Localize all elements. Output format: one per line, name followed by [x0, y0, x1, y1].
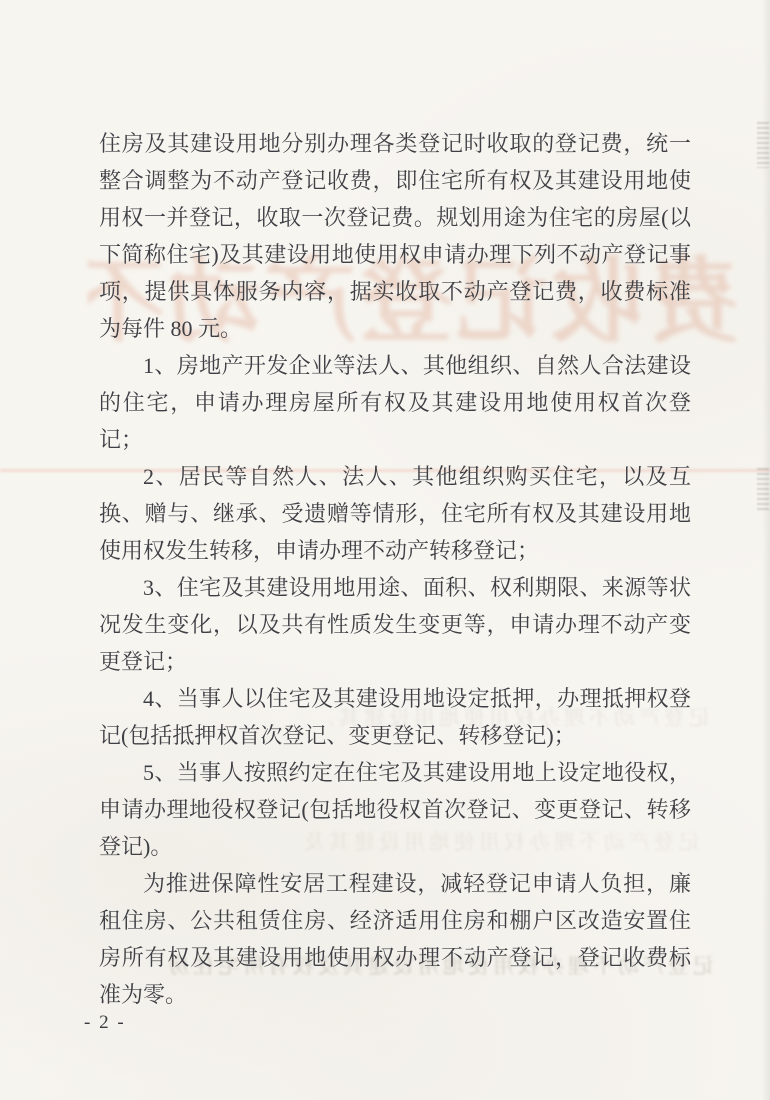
body-paragraph: 4、当事人以住宅及其建设用地设定抵押，办理抵押权登记(包括抵押权首次登记、变更登…: [99, 680, 691, 754]
edge-smudge-top: [757, 122, 769, 168]
body-paragraph: 3、住宅及其建设用地用途、面积、权利期限、来源等状况发生变化，以及共有性质发生变…: [99, 569, 691, 680]
body-paragraph: 住房及其建设用地分别办理各类登记时收取的登记费，统一整合调整为不动产登记收费，即…: [99, 125, 691, 347]
body-paragraph: 1、房地产开发企业等法人、其他组织、自然人合法建设的住宅，申请办理房屋所有权及其…: [99, 347, 691, 458]
document-body: 住房及其建设用地分别办理各类登记时收取的登记费，统一整合调整为不动产登记收费，即…: [99, 125, 691, 1013]
page-number: - 2 -: [84, 1012, 126, 1034]
edge-smudge-middle: [757, 468, 769, 510]
body-paragraph: 5、当事人按照约定在住宅及其建设用地上设定地役权，申请办理地役权登记(包括地役权…: [99, 754, 691, 865]
body-paragraph: 2、居民等自然人、法人、其他组织购买住宅，以及互换、赠与、继承、受遗赠等情形，住…: [99, 458, 691, 569]
body-paragraph: 为推进保障性安居工程建设，减轻登记申请人负担，廉租住房、公共租赁住房、经济适用住…: [99, 865, 691, 1013]
scanned-document-page: 费收记登产动不整调 记登产动不理办权用使地用设建其及权有所宅住房 记登产动不理办…: [0, 0, 770, 1100]
